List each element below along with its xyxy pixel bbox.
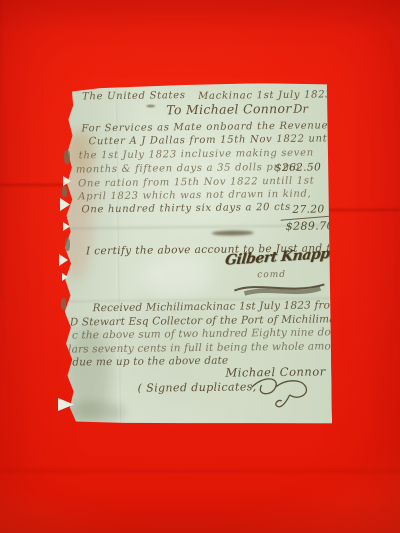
torn-edge-speck [59, 254, 68, 266]
fabric-crease-vertical [0, 0, 2, 107]
receipt-line: lars seventy cents in full it being the … [68, 341, 349, 355]
debtor-name: The United States [82, 91, 186, 102]
account-line: April 1823 which was not drawn in kind, [78, 190, 311, 203]
receipt-line: due me up to the above date [72, 356, 228, 368]
receipt-line: Received Michilimackinac 1st July 1823 f… [93, 300, 341, 314]
paper-stain [140, 252, 215, 297]
account-line: One hundred thirty six days a 20 cts [81, 203, 291, 216]
fabric-crease-left [0, 184, 64, 186]
addressee-line: To Michael Connor [166, 103, 291, 117]
torn-edge-chunk [61, 298, 66, 310]
account-line: months & fifteen days a 35 dolls pr mo [76, 163, 300, 176]
services-total: $262.50 [275, 162, 321, 173]
receipt-line: c the above sum of two hundred Eighty ni… [72, 327, 335, 341]
account-line: Cutter A J Dallas from 15th Nov 1822 unt… [89, 134, 340, 147]
ink-mark [146, 104, 155, 107]
rations-total: 27.20 [292, 204, 324, 215]
torn-edge-chunk [62, 186, 67, 197]
fabric-crease-right [328, 209, 400, 211]
fabric-crease-bottom [0, 470, 400, 472]
account-line: For Services as Mate onboard the Revenue [81, 121, 328, 134]
dr-abbreviation: Dr [293, 104, 308, 116]
grand-total: $289.70 [286, 220, 334, 232]
document-paper: The United States Mackinac 1st July 1823… [60, 82, 332, 427]
signature-flourish [232, 278, 328, 297]
paraph-flourish [247, 373, 319, 414]
signed-duplicates-note: ( Signed duplicates, [138, 381, 257, 393]
account-line: One ration from 15th Nov 1822 untill 1st [78, 177, 314, 190]
fabric-crease-band [0, 107, 3, 297]
torn-edge-speck [60, 198, 70, 211]
photo-backdrop: The United States Mackinac 1st July 1823… [0, 0, 400, 533]
ink-smudge [212, 230, 254, 236]
torn-edge-chunk [65, 238, 70, 251]
account-line: the 1st July 1823 inclusive making seven [79, 149, 314, 162]
torn-edge-chunk [64, 150, 70, 164]
